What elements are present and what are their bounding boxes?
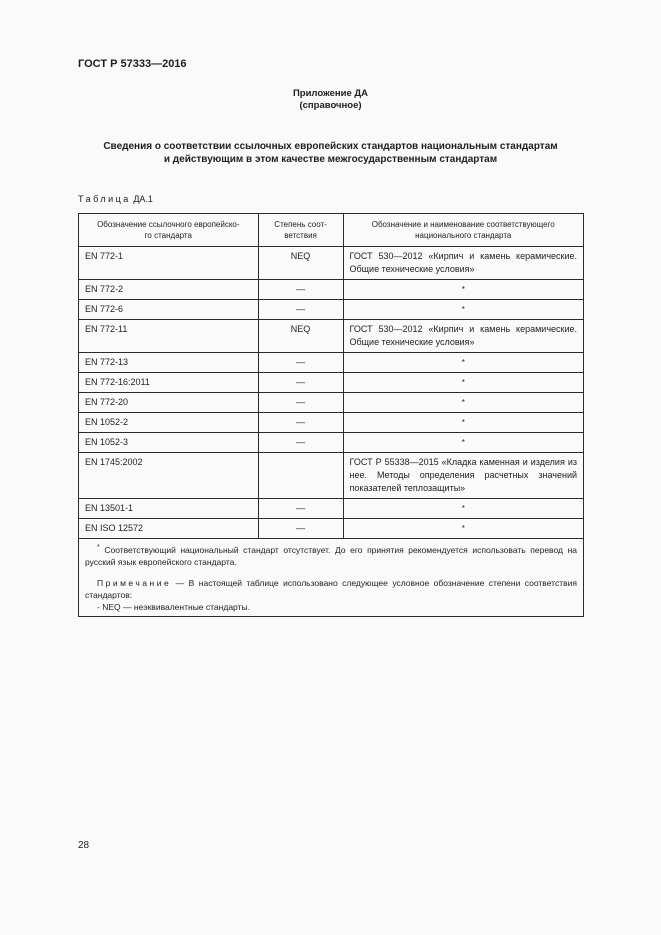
footnote: * Соответствующий национальный стандарт … (85, 542, 577, 568)
table-row: EN 1052-2—* (79, 413, 584, 433)
table-row: EN 772-6—* (79, 300, 584, 320)
cell-national-standard: * (343, 280, 584, 300)
cell-degree: — (258, 519, 343, 539)
document-page: ГОСТ Р 57333—2016 Приложение ДА (справоч… (0, 0, 661, 935)
cell-degree: — (258, 300, 343, 320)
cell-national-standard: * (343, 433, 584, 453)
col-header-european-standard: Обозначение ссылочного европейско- го ст… (79, 214, 259, 247)
cell-european-standard: EN ISO 12572 (79, 519, 259, 539)
cell-european-standard: EN 772-13 (79, 353, 259, 373)
table-row: EN 13501-1—* (79, 499, 584, 519)
cell-degree: — (258, 353, 343, 373)
cell-national-standard: * (343, 499, 584, 519)
cell-degree: — (258, 413, 343, 433)
section-title: Сведения о соответствии ссылочных европе… (40, 140, 621, 166)
table-row: EN 1745:2002ГОСТ Р 55338—2015 «Кладка ка… (79, 453, 584, 499)
note-label: Примечание (97, 578, 171, 588)
cell-degree: — (258, 393, 343, 413)
cell-european-standard: EN 772-1 (79, 247, 259, 280)
table-caption-label: Таблица (78, 194, 131, 204)
cell-national-standard: * (343, 353, 584, 373)
cell-european-standard: EN 772-16:2011 (79, 373, 259, 393)
cell-degree: NEQ (258, 247, 343, 280)
cell-degree: — (258, 373, 343, 393)
cell-european-standard: EN 1052-3 (79, 433, 259, 453)
cell-national-standard: ГОСТ 530—2012 «Кирпич и камень керамичес… (343, 320, 584, 353)
table-row: EN ISO 12572—* (79, 519, 584, 539)
cell-european-standard: EN 1052-2 (79, 413, 259, 433)
table-row: EN 772-11NEQГОСТ 530—2012 «Кирпич и каме… (79, 320, 584, 353)
table-row: EN 1052-3—* (79, 433, 584, 453)
cell-national-standard: ГОСТ 530—2012 «Кирпич и камень керамичес… (343, 247, 584, 280)
table-body: EN 772-1NEQГОСТ 530—2012 «Кирпич и камен… (79, 247, 584, 539)
table-caption: Таблица ДА.1 (78, 194, 153, 204)
table-row: EN 772-20—* (79, 393, 584, 413)
table-row: EN 772-2—* (79, 280, 584, 300)
col-header-line: национального стандарта (350, 230, 578, 241)
col-header-national-standard: Обозначение и наименование соответствующ… (343, 214, 584, 247)
cell-national-standard: * (343, 519, 584, 539)
appendix-heading: Приложение ДА (справочное) (0, 88, 661, 112)
cell-european-standard: EN 772-20 (79, 393, 259, 413)
note-item: - NEQ — неэквивалентные стандарты. (85, 601, 577, 613)
appendix-name: Приложение ДА (0, 88, 661, 100)
cell-european-standard: EN 772-11 (79, 320, 259, 353)
cell-degree: — (258, 433, 343, 453)
cell-european-standard: EN 13501-1 (79, 499, 259, 519)
footnote-cell: * Соответствующий национальный стандарт … (79, 539, 584, 617)
section-title-line1: Сведения о соответствии ссылочных европе… (40, 140, 621, 153)
col-header-degree: Степень соот- ветствия (258, 214, 343, 247)
col-header-line: Обозначение ссылочного европейско- (85, 219, 252, 230)
appendix-kind: (справочное) (0, 100, 661, 112)
col-header-line: ветствия (265, 230, 337, 241)
page-number: 28 (78, 840, 89, 851)
cell-national-standard: * (343, 300, 584, 320)
table-caption-number: ДА.1 (133, 194, 153, 204)
cell-degree: — (258, 280, 343, 300)
table-row: EN 772-1NEQГОСТ 530—2012 «Кирпич и камен… (79, 247, 584, 280)
cell-national-standard: * (343, 373, 584, 393)
cell-european-standard: EN 772-6 (79, 300, 259, 320)
footnote-text: Соответствующий национальный стандарт от… (85, 545, 577, 567)
doc-number: ГОСТ Р 57333—2016 (78, 58, 187, 70)
table-footnote-section: * Соответствующий национальный стандарт … (79, 539, 584, 617)
col-header-line: го стандарта (85, 230, 252, 241)
table-row: EN 772-16:2011—* (79, 373, 584, 393)
col-header-line: Обозначение и наименование соответствующ… (350, 219, 578, 230)
cell-national-standard: * (343, 413, 584, 433)
col-header-line: Степень соот- (265, 219, 337, 230)
cell-degree: — (258, 499, 343, 519)
cell-european-standard: EN 1745:2002 (79, 453, 259, 499)
footnote-marker: * (97, 544, 100, 551)
cell-degree: NEQ (258, 320, 343, 353)
section-title-line2: и действующим в этом качестве межгосудар… (40, 153, 621, 166)
table-row: EN 772-13—* (79, 353, 584, 373)
cell-national-standard: ГОСТ Р 55338—2015 «Кладка каменная и изд… (343, 453, 584, 499)
table-header: Обозначение ссылочного европейско- го ст… (79, 214, 584, 247)
correspondence-table: Обозначение ссылочного европейско- го ст… (78, 213, 584, 617)
note: Примечание — В настоящей таблице использ… (85, 577, 577, 601)
cell-degree (258, 453, 343, 499)
cell-european-standard: EN 772-2 (79, 280, 259, 300)
cell-national-standard: * (343, 393, 584, 413)
